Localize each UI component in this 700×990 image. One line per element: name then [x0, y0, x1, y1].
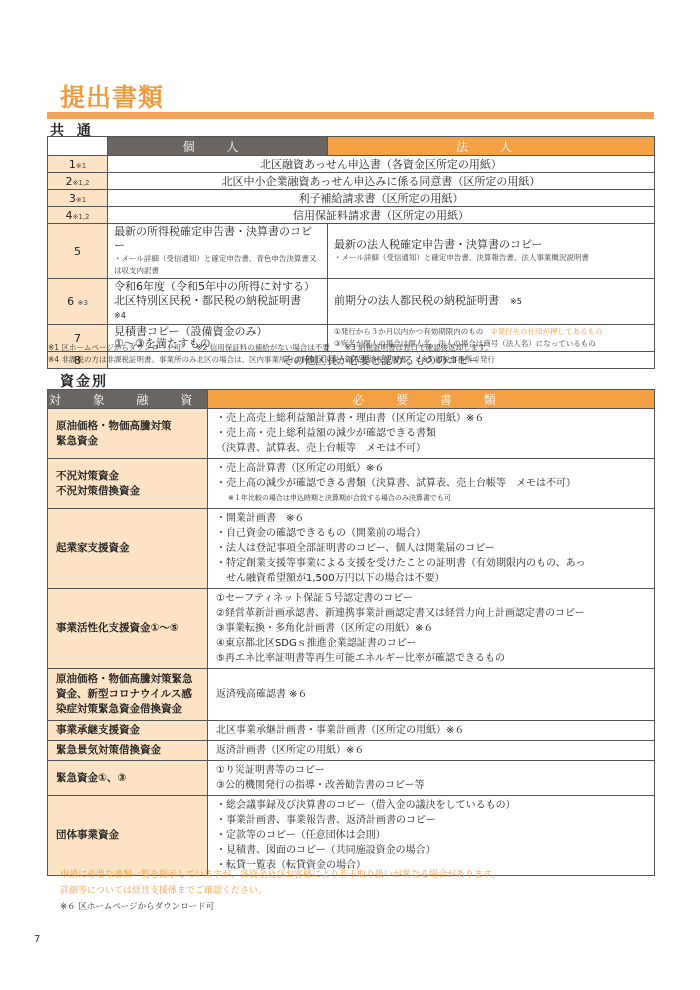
individual-tax-cert-note: ※4 — [114, 311, 126, 320]
doc-item: ④東京都北区SDGｓ推進企業認証書のコピー — [216, 636, 646, 651]
row-number: 5 — [48, 224, 108, 279]
table-row: 3※1 利子補給請求書（区所定の用紙） — [48, 190, 655, 207]
fund-documents-table: 対 象 融 資 必 要 書 類 原油価格・物価高騰対策緊急資金 ・売上高売上総利… — [47, 389, 655, 876]
table-row: 緊急景気対策借換資金 返済計画書（区所定の用紙）※６ — [48, 741, 655, 761]
fund-name: 不況対策借換資金 — [56, 484, 199, 499]
doc-item: ・開業計画書 ※６ — [216, 511, 646, 526]
row-text: 利子補給請求書（区所定の用紙） — [108, 190, 655, 207]
table-row: 5 最新の所得税確定申告書・決算書のコピー ・メール詳細（受信通知）と確定申告書… — [48, 224, 655, 279]
doc-item: ・定款等のコピー（任意団体は会則） — [216, 828, 646, 843]
fund-name: 資金、新型コロナウイルス感 — [56, 687, 199, 702]
table-row: 6 ※3 令和6年度（令和5年中の所得に対する） 北区特別区民税・都民税の納税証… — [48, 279, 655, 325]
doc-item: ・売上高計算書（区所定の用紙）※６ — [216, 461, 646, 476]
fund-name: 緊急資金①、③ — [56, 771, 199, 786]
doc-item: 北区事業承継計画書・事業計画書（区所定の用紙）※６ — [216, 723, 646, 738]
title-underline — [47, 112, 654, 119]
fund-name: 原油価格・物価高騰対策 — [56, 419, 199, 434]
doc-item: ①り災証明書等のコピー — [216, 763, 646, 778]
common-documents-table: 個 人 法 人 1※1 北区融資あっせん申込書（各資金区所定の用紙） 2※1,2… — [47, 136, 655, 369]
individual-tax-cert-line1: 令和6年度（令和5年中の所得に対する） — [114, 280, 321, 294]
table-row: 2※1,2 北区中小企業融資あっせん申込みに係る同意書（区所定の用紙） — [48, 173, 655, 190]
doc-item: ・自己資金の確認できるもの（開業前の場合） — [216, 526, 646, 541]
row-note-mark: ※3 — [78, 299, 88, 307]
corporate-tax-return-note: ・メール詳細（受信通知）と確定申告書、決算報告書、法人事業概況説明書 — [334, 252, 648, 264]
table-row: 起業家支援資金 ・開業計画書 ※６・自己資金の確認できるもの（開業前の場合）・法… — [48, 509, 655, 589]
column-header-individual: 個 人 — [108, 137, 328, 156]
doc-item: ②経営革新計画承認書、新連携事業計画認定書又は経営力向上計画認定書のコピー — [216, 606, 646, 621]
row-number: 4 — [66, 209, 73, 222]
table-header-row: 対 象 融 資 必 要 書 類 — [48, 390, 655, 409]
table-row: 4※1,2 信用保証料請求書（区所定の用紙） — [48, 207, 655, 224]
section-heading-by-fund: 資金別 — [60, 371, 108, 391]
row-number: 2 — [66, 175, 73, 188]
doc-item: （決算書、試算表、売上台帳等 メモは不可） — [216, 441, 646, 456]
doc-note: ※１年比較の場合は申込時期と決算期が合致する場合のみ決算書でも可 — [216, 491, 646, 506]
page-title: 提出書類 — [60, 78, 164, 114]
table-row: 不況対策資金不況対策借換資金 ・売上高計算書（区所定の用紙）※６・売上高の減少が… — [48, 459, 655, 509]
estimate-condition-1: ①発行から３か月以内かつ有効期限内のもの — [334, 327, 483, 336]
footnote-6: ※６ 区ホームページからダウンロード可 — [60, 900, 214, 912]
corporate-tax-cert-note: ※5 — [510, 297, 522, 306]
fund-name: 緊急資金 — [56, 434, 199, 449]
doc-item: ・特定創業支援等事業による支援を受けたことの証明書（有効期限内のもの、あっ — [216, 556, 646, 571]
doc-item: 返済残高確認書 ※６ — [216, 687, 646, 702]
fund-name: 染症対策緊急資金借換資金 — [56, 702, 199, 717]
doc-item: ・売上高売上総利益額計算書・理由書（区所定の用紙）※６ — [216, 411, 646, 426]
row-number: 1 — [69, 158, 76, 171]
row-note-mark: ※1,2 — [73, 179, 90, 187]
footnote-line-2: ※4 非課税の方は非課税証明書。事業所のみ北区の場合は、区内事業所分の特別区民税… — [48, 354, 495, 365]
fund-name: 不況対策資金 — [56, 469, 199, 484]
fund-name: 起業家支援資金 — [56, 541, 199, 556]
row-number: 6 — [67, 295, 74, 308]
doc-item: せん融資希望額が1,500万円以下の場合は不要） — [216, 571, 646, 586]
doc-item: ・売上高の減少が確認できる書類（決算書、試算表、売上台帳等 メモは不可） — [216, 476, 646, 491]
estimate-condition-2: ②発行先の社印が押してあるもの — [491, 327, 603, 336]
individual-tax-cert-line2: 北区特別区民税・都民税の納税証明書 — [114, 294, 301, 307]
doc-item: ・見積書、図面のコピー（共同施設資金の場合） — [216, 843, 646, 858]
table-row: 団体事業資金 ・総会議事録及び決算書のコピー（借入金の議決をしているもの）・事業… — [48, 796, 655, 876]
row-text: 信用保証料請求書（区所定の用紙） — [108, 207, 655, 224]
table-row: 1※1 北区融資あっせん申込書（各資金区所定の用紙） — [48, 156, 655, 173]
notice-line-2: 詳細等については経営支援係までご確認ください。 — [60, 883, 500, 899]
fund-name: 事業活性化支援資金①～⑤ — [56, 621, 199, 636]
table-row: 緊急資金①、③ ①り災証明書等のコピー③公的機関発行の指導・改善勧告書のコピー等 — [48, 761, 655, 796]
fund-name: 事業承継支援資金 — [56, 723, 199, 738]
individual-tax-return: 最新の所得税確定申告書・決算書のコピー — [114, 225, 321, 253]
row-text: 北区融資あっせん申込書（各資金区所定の用紙） — [108, 156, 655, 173]
fund-name: 団体事業資金 — [56, 828, 199, 843]
doc-item: ⑤再エネ比率証明書等再生可能エネルギー比率が確認できるもの — [216, 651, 646, 666]
doc-item: ①セーフティネット保証５号認定書のコピー — [216, 591, 646, 606]
table-row: 原油価格・物価高騰対策緊急資金、新型コロナウイルス感染症対策緊急資金借換資金 返… — [48, 669, 655, 721]
column-header-docs: 必 要 書 類 — [208, 390, 655, 409]
notice-line-1: 申請に必要な書類一覧を提示していますが、各資金及びお客様により若干取り扱いが異な… — [60, 867, 500, 883]
doc-item: ・総会議事録及び決算書のコピー（借入金の議決をしているもの） — [216, 798, 646, 813]
row-note-mark: ※1 — [76, 196, 86, 204]
table-row: 原油価格・物価高騰対策緊急資金 ・売上高売上総利益額計算書・理由書（区所定の用紙… — [48, 409, 655, 459]
table-header-row: 個 人 法 人 — [48, 137, 655, 156]
doc-item: ③事業転換・多角化計画書（区所定の用紙）※６ — [216, 621, 646, 636]
doc-item: ③公的機関発行の指導・改善勧告書のコピー等 — [216, 778, 646, 793]
footnote-line-1: ※1 区ホームページからダウンロード可 ※2 信用保証料の補給がない場合は不要 … — [48, 342, 493, 353]
row-text: 北区中小企業融資あっせん申込みに係る同意書（区所定の用紙） — [108, 173, 655, 190]
corporate-tax-cert: 前期分の法人都民税の納税証明書 — [334, 294, 499, 307]
table-row: 事業承継支援資金 北区事業承継計画書・事業計画書（区所定の用紙）※６ — [48, 721, 655, 741]
column-header-target: 対 象 融 資 — [48, 390, 208, 409]
row-note-mark: ※1,2 — [73, 213, 90, 221]
page-number: 7 — [34, 934, 40, 945]
corporate-tax-return: 最新の法人税確定申告書・決算書のコピー — [334, 238, 648, 252]
doc-item: ・売上高・売上総利益額の減少が確認できる書類 — [216, 426, 646, 441]
row-number: 3 — [69, 192, 76, 205]
doc-item: ・事業計画書、事業報告書、返済計画書のコピー — [216, 813, 646, 828]
doc-item: 返済計画書（区所定の用紙）※６ — [216, 743, 646, 758]
doc-item: ・法人は登記事項全部証明書のコピー、個人は開業届のコピー — [216, 541, 646, 556]
row-note-mark: ※1 — [76, 162, 86, 170]
fund-name: 原油価格・物価高騰対策緊急 — [56, 672, 199, 687]
notice-text: 申請に必要な書類一覧を提示していますが、各資金及びお客様により若干取り扱いが異な… — [60, 867, 500, 899]
individual-tax-return-note: ・メール詳細（受信通知）と確定申告書、青色申告決算書又は収支内訳書 — [114, 253, 321, 277]
table-row: 事業活性化支援資金①～⑤ ①セーフティネット保証５号認定書のコピー②経営革新計画… — [48, 589, 655, 669]
fund-name: 緊急景気対策借換資金 — [56, 743, 199, 758]
column-header-corporate: 法 人 — [328, 137, 655, 156]
